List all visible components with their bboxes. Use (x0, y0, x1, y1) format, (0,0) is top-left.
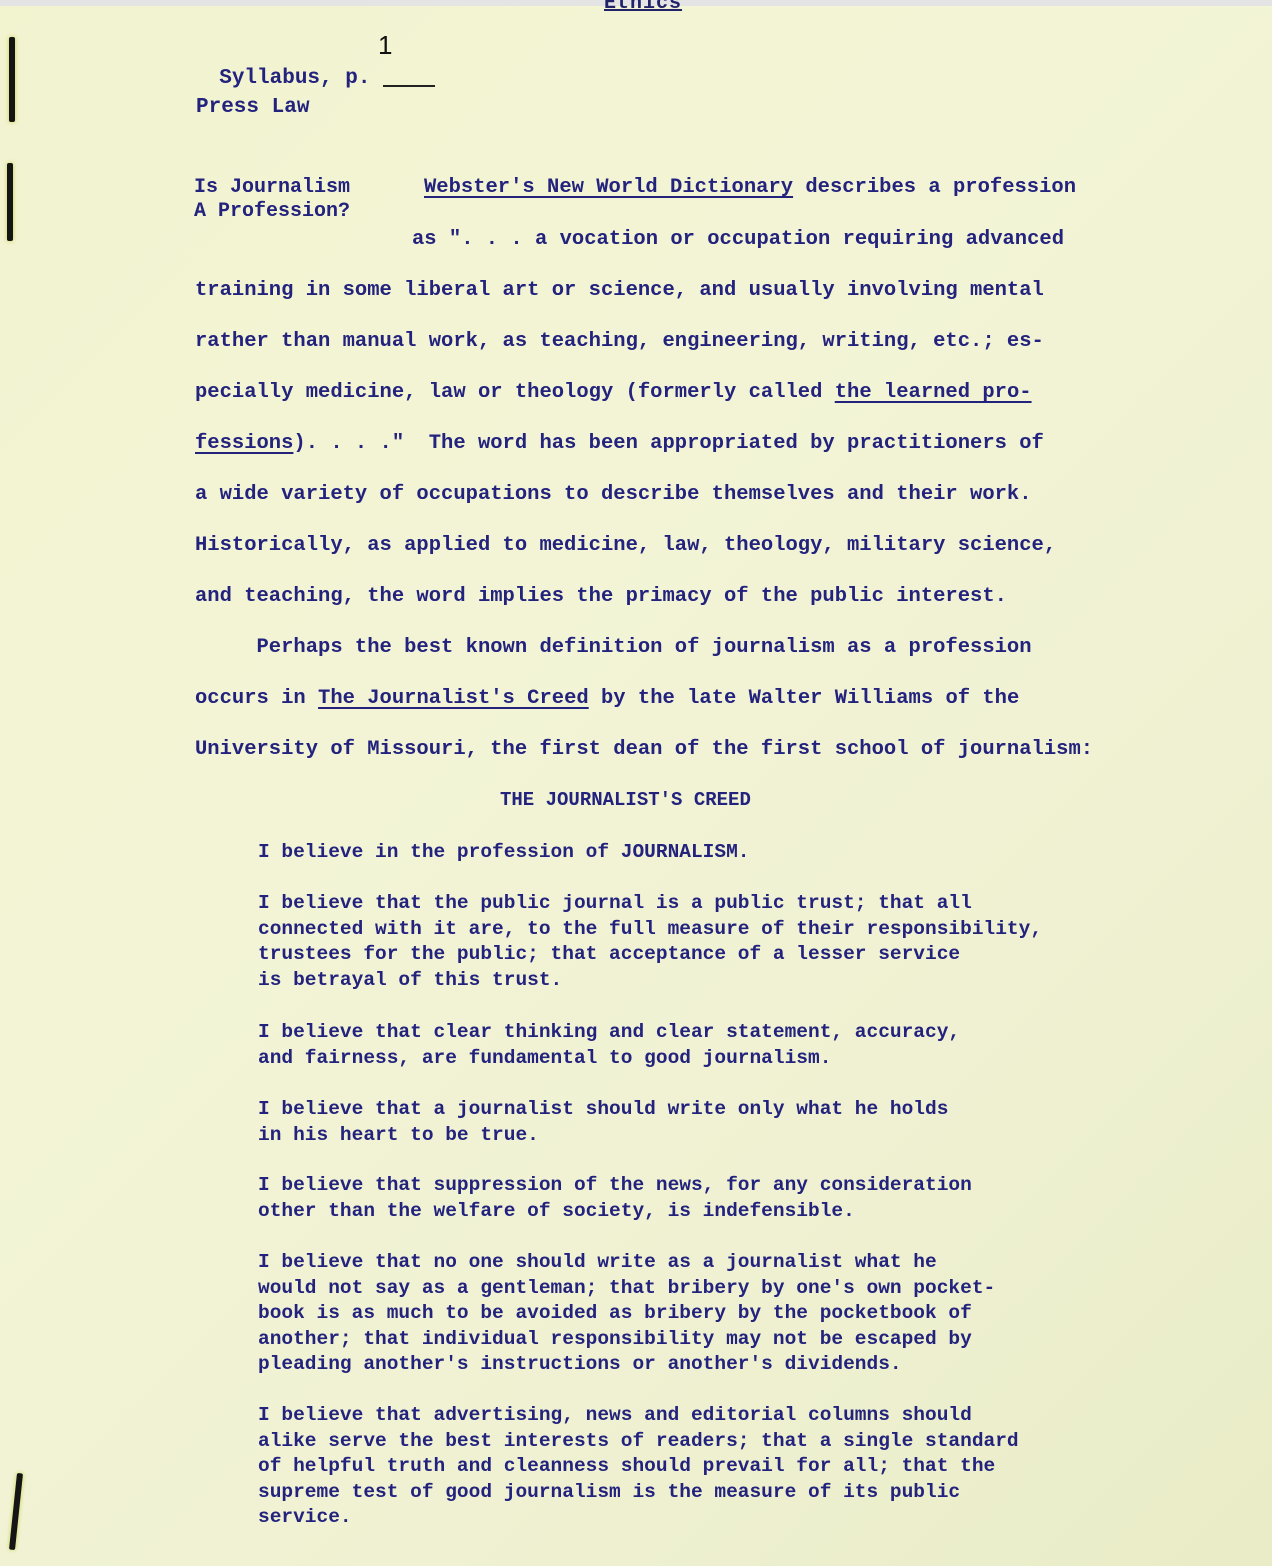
text-line: Historically, as applied to medicine, la… (195, 534, 1056, 557)
text-line: pecially medicine, law or theology (form… (195, 381, 1032, 404)
handwritten-page-number: 1 (378, 30, 392, 61)
creed-paragraph: I believe that suppression of the news, … (258, 1173, 972, 1224)
text-line: a wide variety of occupations to describ… (195, 483, 1032, 506)
binder-hole-mark (9, 37, 15, 122)
text-line: training in some liberal art or science,… (195, 279, 1044, 302)
syllabus-label: Syllabus, p. (194, 44, 435, 90)
underlined-title: the learned pro- (835, 381, 1032, 404)
course-title: Press Law (196, 96, 309, 119)
creed-paragraph: I believe that a journalist should write… (258, 1097, 948, 1148)
margin-heading-line: Is Journalism (194, 176, 350, 200)
text-line: Perhaps the best known definition of jou… (195, 636, 1032, 659)
text-line: as ". . . a vocation or occupation requi… (412, 228, 1064, 251)
text-line: University of Missouri, the first dean o… (195, 738, 1093, 761)
binder-hole-mark (7, 163, 13, 241)
text-line: rather than manual work, as teaching, en… (195, 330, 1044, 353)
underlined-title: The Journalist's Creed (318, 687, 589, 710)
creed-paragraph: I believe that advertising, news and edi… (258, 1403, 1019, 1531)
page-number-blank (383, 85, 435, 87)
text-line: fessions). . . ." The word has been appr… (195, 432, 1044, 455)
creed-paragraph: I believe in the profession of JOURNALIS… (258, 840, 749, 866)
underlined-title: fessions (195, 432, 293, 455)
creed-paragraph: I believe that no one should write as a … (258, 1250, 995, 1378)
underlined-title: Webster's New World Dictionary (424, 176, 793, 199)
cut-off-header: Ethics (604, 0, 682, 15)
binder-hole-mark (9, 1473, 23, 1550)
syllabus-text: Syllabus, p. (219, 67, 370, 90)
margin-heading-line: A Profession? (194, 200, 350, 224)
text-line: occurs in The Journalist's Creed by the … (195, 687, 1019, 710)
text-line: and teaching, the word implies the prima… (195, 585, 1007, 608)
creed-paragraph: I believe that clear thinking and clear … (258, 1020, 960, 1071)
margin-heading: Is Journalism A Profession? (194, 176, 350, 224)
creed-title: THE JOURNALIST'S CREED (500, 789, 751, 811)
creed-paragraph: I believe that the public journal is a p… (258, 891, 1042, 993)
text-line: Webster's New World Dictionary describes… (424, 176, 1076, 199)
